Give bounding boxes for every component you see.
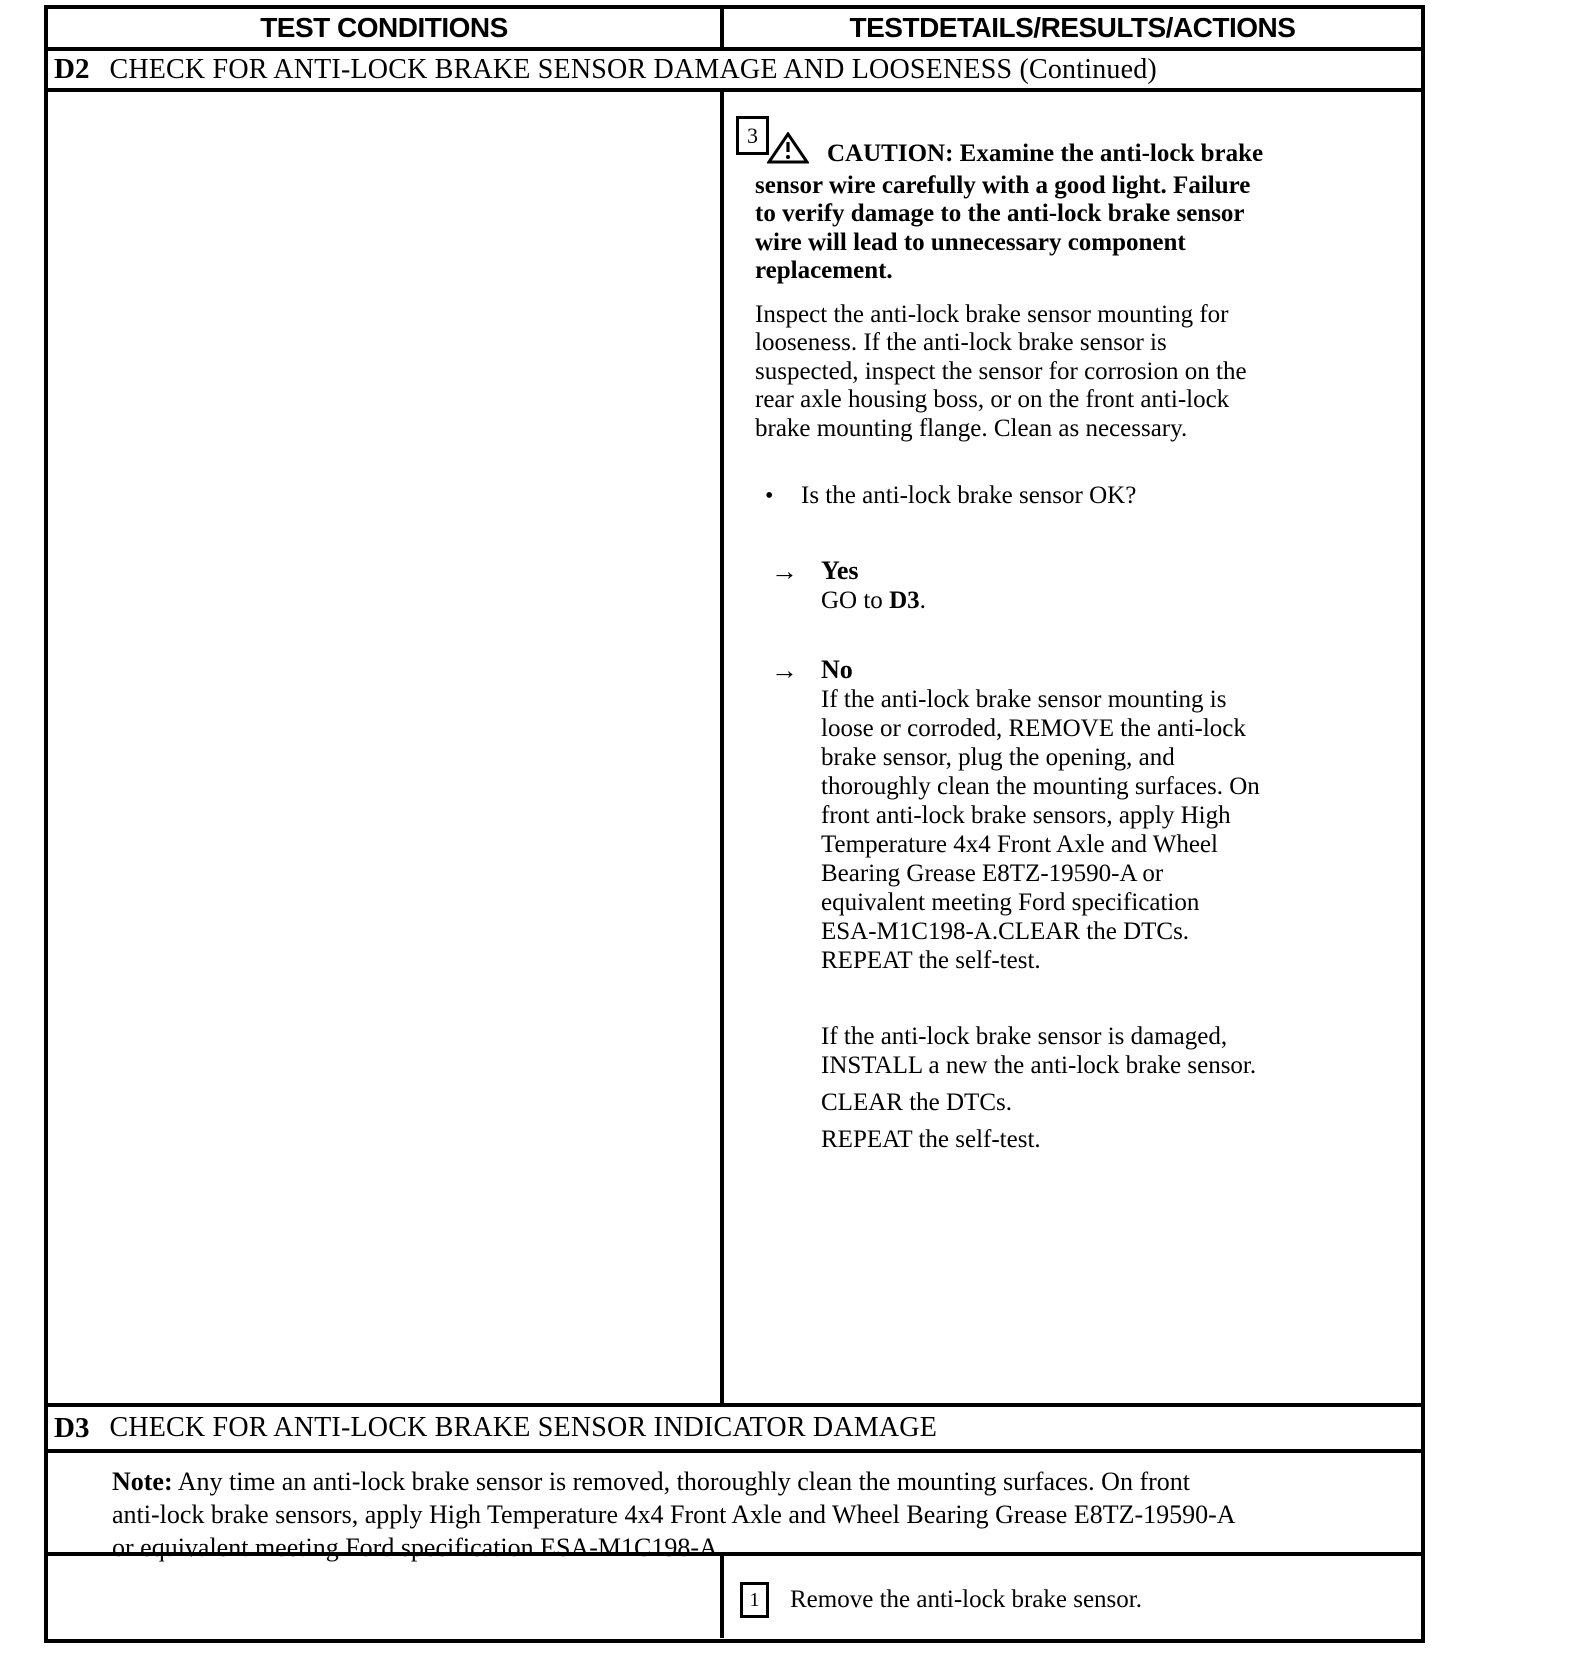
- yes-action-prefix: GO to: [821, 587, 889, 614]
- note-label: Note:: [112, 1467, 173, 1496]
- section-bar-d2: D2 CHECK FOR ANTI-LOCK BRAKE SENSOR DAMA…: [48, 51, 1421, 88]
- inspect-paragraph: Inspect the anti-lock brake sensor mount…: [755, 301, 1410, 444]
- no-paragraph-4: REPEAT the self-test.: [821, 1125, 1421, 1154]
- step-number-1: 1: [750, 1589, 760, 1612]
- no-label: No: [821, 655, 1421, 685]
- step-number-box-1: 1: [740, 1582, 769, 1618]
- table-header-row: TEST CONDITIONS TESTDETAILS/RESULTS/ACTI…: [48, 9, 1421, 51]
- diagnostic-table: TEST CONDITIONS TESTDETAILS/RESULTS/ACTI…: [44, 5, 1425, 1643]
- section-title-d3: CHECK FOR ANTI-LOCK BRAKE SENSOR INDICAT…: [109, 1412, 937, 1444]
- content-row: 3 CAUTION: Examine the anti-lock brake s…: [48, 92, 1421, 1407]
- bullet-icon: •: [765, 482, 801, 510]
- step3-content: CAUTION: Examine the anti-lock brake sen…: [724, 92, 1439, 1154]
- section-row-d2: D2 CHECK FOR ANTI-LOCK BRAKE SENSOR DAMA…: [48, 51, 1421, 92]
- caution-text: CAUTION: Examine the anti-lock brake sen…: [755, 140, 1263, 284]
- yes-arrow-icon: →: [771, 556, 821, 615]
- section-id-d2: D2: [54, 53, 89, 86]
- section-title-d2: CHECK FOR ANTI-LOCK BRAKE SENSOR DAMAGE …: [109, 54, 1157, 86]
- inspect-text: Inspect the anti-lock brake sensor mount…: [755, 301, 1247, 442]
- no-paragraph-3: CLEAR the DTCs.: [821, 1088, 1421, 1117]
- yes-action-target: D3: [889, 587, 920, 614]
- caution-paragraph: CAUTION: Examine the anti-lock brake sen…: [755, 132, 1380, 286]
- question-row: • Is the anti-lock brake sensor OK?: [765, 482, 1421, 510]
- no-branch-body: No If the anti-lock brake sensor mountin…: [821, 655, 1421, 1154]
- no-arrow-icon: →: [771, 655, 821, 1154]
- step1-text: Remove the anti-lock brake sensor.: [790, 1586, 1142, 1614]
- section-id-d3: D3: [54, 1412, 89, 1445]
- section-bar-d3: D3 CHECK FOR ANTI-LOCK BRAKE SENSOR INDI…: [48, 1407, 1421, 1449]
- no-branch: → No If the anti-lock brake sensor mount…: [771, 655, 1421, 1154]
- step1-details-cell: 1 Remove the anti-lock brake sensor.: [724, 1556, 1421, 1638]
- yes-branch: → Yes GO to D3.: [771, 556, 1421, 615]
- step1-conditions-cell-empty: [48, 1556, 724, 1638]
- test-conditions-cell-empty: [48, 92, 724, 1403]
- step-number-box-3: 3: [736, 116, 769, 155]
- section-row-d3: D3 CHECK FOR ANTI-LOCK BRAKE SENSOR INDI…: [48, 1407, 1421, 1453]
- header-test-details-results-actions: TESTDETAILS/RESULTS/ACTIONS: [724, 9, 1421, 47]
- step1-row: 1 Remove the anti-lock brake sensor.: [48, 1556, 1421, 1638]
- no-paragraph-1: If the anti-lock brake sensor mounting i…: [821, 685, 1391, 975]
- header-test-conditions: TEST CONDITIONS: [48, 9, 724, 47]
- warning-triangle-icon: [767, 132, 809, 172]
- note-paragraph: Note: Any time an anti-lock brake sensor…: [48, 1453, 1421, 1564]
- no-paragraph-2: If the anti-lock brake sensor is damaged…: [821, 1022, 1421, 1080]
- yes-label: Yes: [821, 556, 926, 586]
- yes-action: GO to D3.: [821, 586, 926, 615]
- step-number-3: 3: [747, 123, 758, 149]
- note-text: Any time an anti-lock brake sensor is re…: [112, 1467, 1236, 1562]
- question-text: Is the anti-lock brake sensor OK?: [801, 482, 1136, 510]
- test-details-cell: 3 CAUTION: Examine the anti-lock brake s…: [724, 92, 1439, 1403]
- yes-branch-body: Yes GO to D3.: [821, 556, 926, 615]
- note-row: Note: Any time an anti-lock brake sensor…: [48, 1453, 1421, 1556]
- yes-action-suffix: .: [920, 587, 926, 614]
